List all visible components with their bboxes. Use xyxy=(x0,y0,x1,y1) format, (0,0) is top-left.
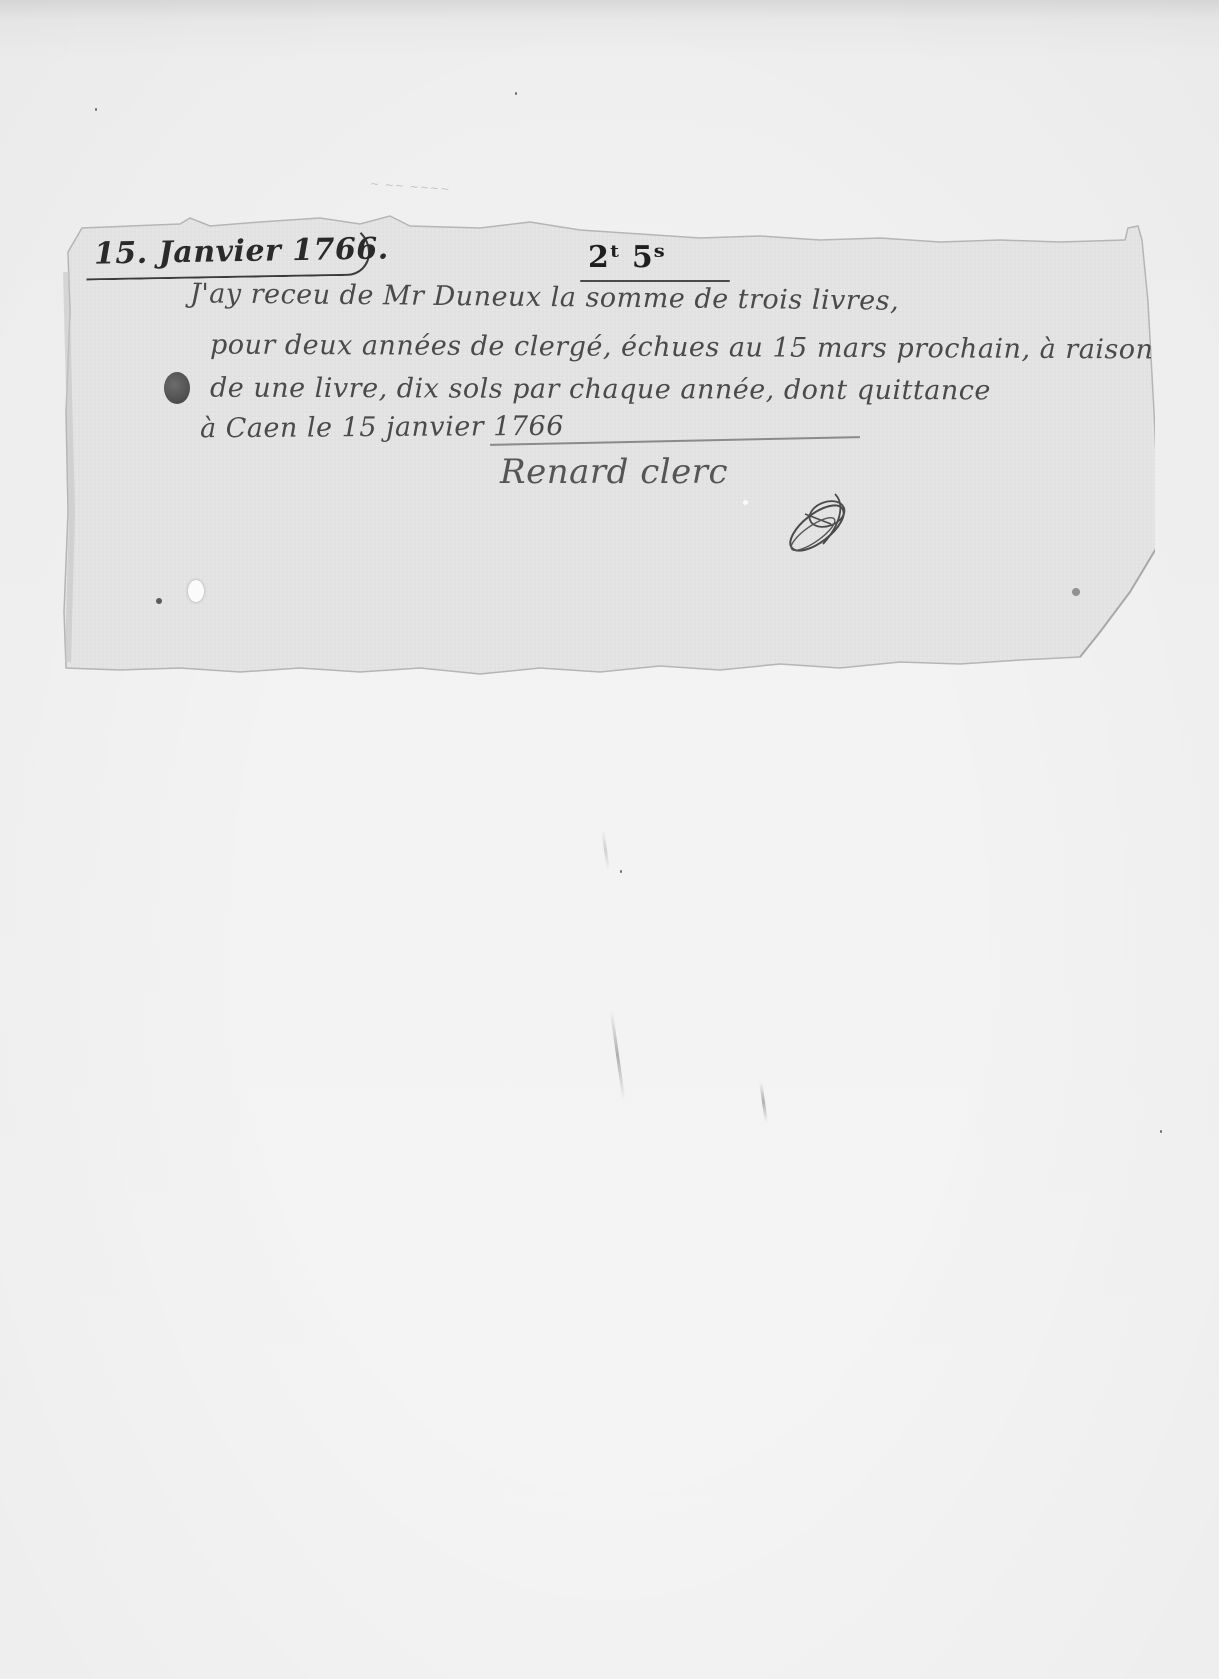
paper-spot xyxy=(743,500,748,505)
scan-speck xyxy=(95,108,97,111)
scan-speck xyxy=(515,92,517,95)
body-line-3: de une livre, dix sols par chaque année,… xyxy=(210,373,991,407)
paper-pinhole xyxy=(188,580,204,602)
signature-flourish-icon xyxy=(775,484,865,564)
receipt-paper: 15. Janvier 1766. 2ᵗ 5ˢ J'ay receu de Mr… xyxy=(60,212,1155,712)
body-line-4: à Caen le 15 janvier 1766 xyxy=(200,411,564,445)
wax-seal-mark xyxy=(164,372,190,404)
scan-speck xyxy=(1160,1130,1162,1133)
scan-speck xyxy=(620,870,622,873)
body-line-2: pour deux années de clergé, échues au 15… xyxy=(210,330,1154,366)
paper-spot xyxy=(1072,588,1080,596)
receipt-amount: 2ᵗ 5ˢ xyxy=(588,240,666,275)
signature: Renard clerc xyxy=(500,452,728,492)
paper-spot xyxy=(156,598,162,604)
header-date: 15. Janvier 1766. xyxy=(94,231,389,271)
